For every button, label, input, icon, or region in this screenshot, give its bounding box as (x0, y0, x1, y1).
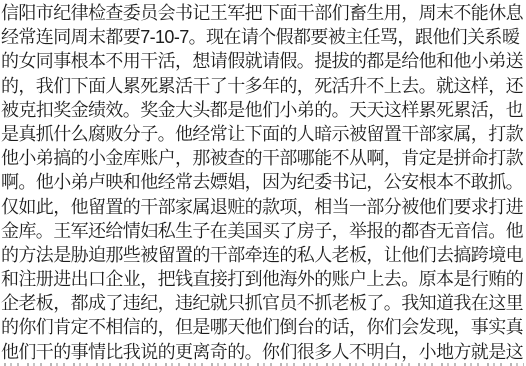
text-line: 他小弟搞的小金库账户，那被查的干部哪能不从啊，肯定是拼命打款 (1, 146, 526, 170)
text-line: 仅如此，他留置的干部家属退赃的款项，相当一部分被他们要求打进 (1, 195, 526, 219)
text-document: 信阳市纪律检查委员会书记王军把下面干部们畜生用，周末不能休息 经常连同周末都要7… (1, 1, 526, 364)
text-line: 经常连同周末都要7-10-7。现在请个假都要被主任骂，跟他们关系暧 (1, 25, 526, 49)
text-line: 金库。王军还给情妇私生子在美国买了房子，举报的都杳无音信。他 (1, 219, 526, 243)
text-line: 的你们肯定不相信的，但是哪天他们倒台的话，你们会发现，事实真 (1, 315, 526, 339)
text-line: 被克扣奖金绩效。奖金大头都是他们小弟的。天天这样累死累活，也 (1, 98, 526, 122)
text-line: 的女同事根本不用干活，想请假就请假。提拔的都是给他和他小弟送 (1, 49, 526, 73)
text-line: 和注册进出口企业，把钱直接打到他海外的账户上去。原本是行贿的 (1, 267, 526, 291)
text-line: 他们干的事情比我说的更离奇的。你们很多人不明白，小地方就是这 (1, 340, 526, 364)
text-line: 企老板，都成了违纪，违纪就只抓官员不抓老板了。我知道我在这里 (1, 291, 526, 315)
text-line: 的方法是胁迫那些被留置的干部牵连的私人老板，让他们去搞跨境电 (1, 243, 526, 267)
text-line: 啊。他小弟卢映和他经常去嫖娼，因为纪委书记，公安根本不敢抓。 (1, 170, 526, 194)
text-line: 是真抓什么腐败分子。他经常让下面的人暗示被留置干部家属，打款 (1, 122, 526, 146)
text-line: 的，我们下面人累死累活干了十多年的，死活升不上去。就这样，还 (1, 74, 526, 98)
text-line: 信阳市纪律检查委员会书记王军把下面干部们畜生用，周末不能休息 (1, 1, 526, 25)
